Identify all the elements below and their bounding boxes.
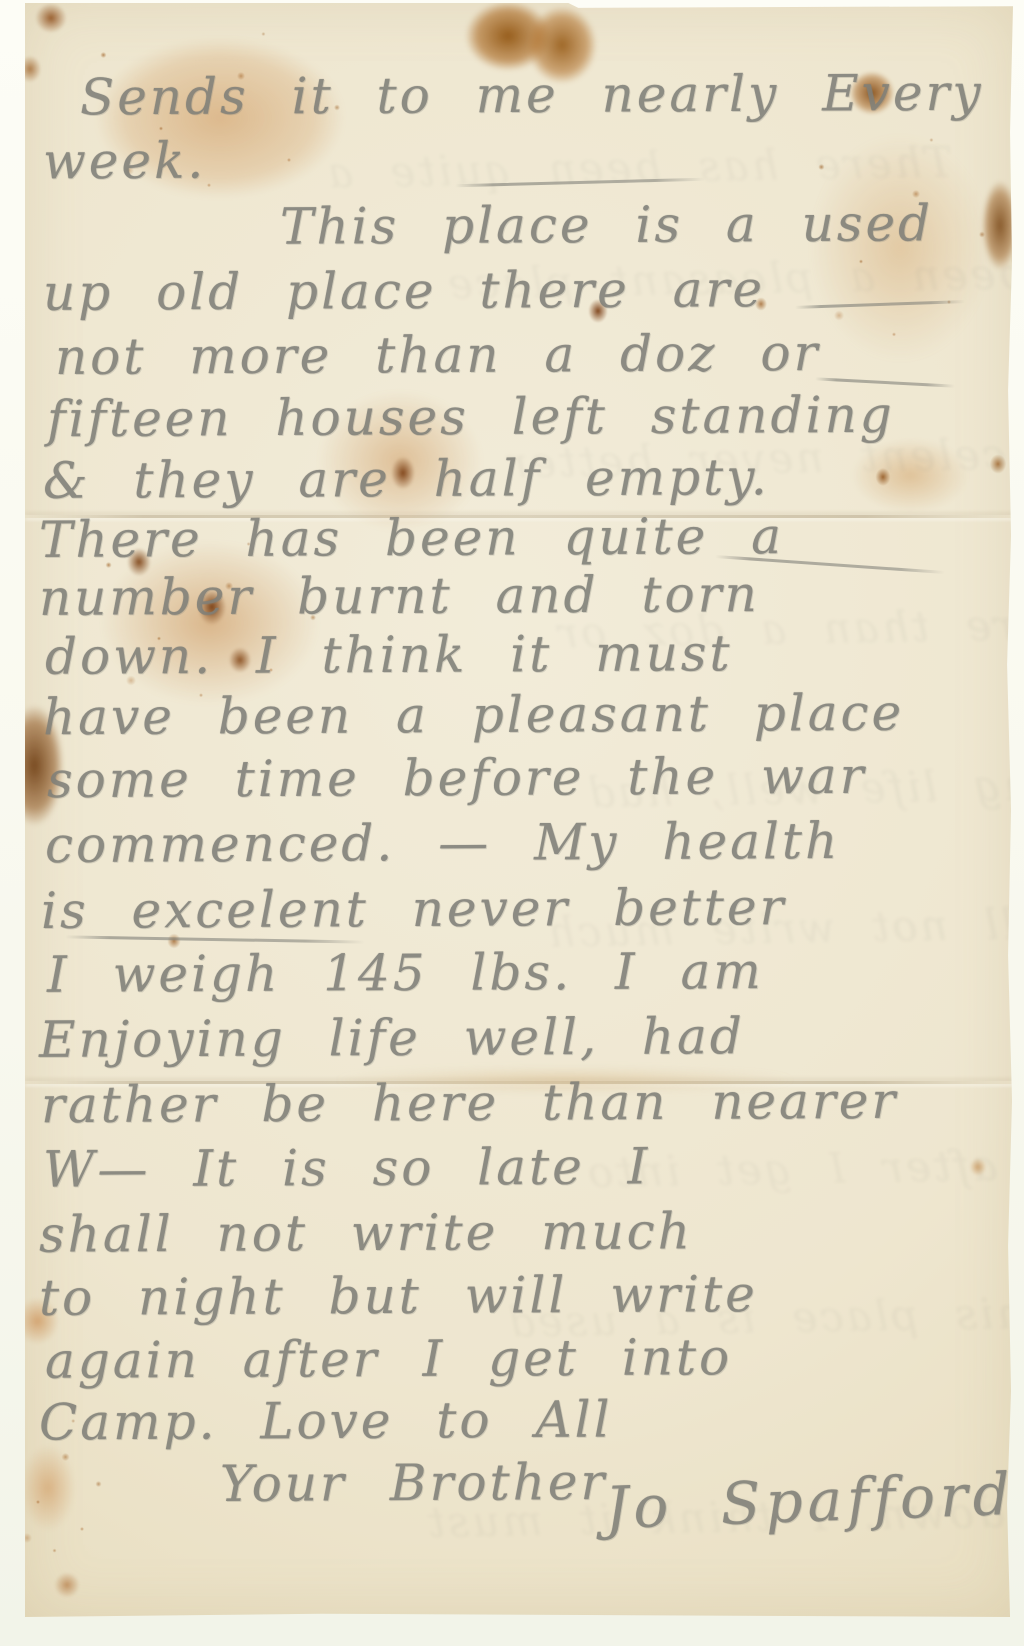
letter-signature: Jo Spafford bbox=[604, 1464, 1016, 1538]
letter-line-8: There has been quite a bbox=[39, 506, 784, 570]
letter-line-11: have been a pleasant place bbox=[43, 683, 904, 748]
letter-line-22: Camp. Love to All bbox=[39, 1389, 613, 1452]
letter-line-16: Enjoying life well, had bbox=[39, 1006, 745, 1070]
stain-left-edge-dot bbox=[15, 51, 45, 87]
letter-line-14: is excelent never better bbox=[41, 877, 787, 941]
letter-line-15: I weigh 145 lbs. I am bbox=[47, 941, 764, 1005]
letter-line-21: again after I get into bbox=[45, 1327, 732, 1391]
stain-right-low-dot bbox=[967, 1155, 989, 1179]
stain-right-mid-dot bbox=[873, 465, 893, 489]
letter-line-2: week. bbox=[43, 131, 206, 192]
stain-right-edge-mid-dot bbox=[987, 451, 1009, 477]
letter-line-13: commenced. — My health bbox=[45, 811, 841, 875]
letter-line-3: This place is a used bbox=[280, 193, 933, 256]
letter-line-9: number burnt and torn bbox=[39, 564, 760, 628]
stain-bottom-left-dot bbox=[50, 1568, 84, 1602]
letter-line-17: rather be here than nearer bbox=[41, 1071, 899, 1135]
bleed-through-text: There has been quite a bbox=[325, 138, 953, 198]
letter-line-6: fifteen houses left standing bbox=[47, 385, 895, 449]
letter-page: There has been quite a have been a pleas… bbox=[25, 3, 1013, 1617]
letter-line-18: W— It is so late I bbox=[43, 1136, 651, 1199]
scanned-letter: There has been quite a have been a pleas… bbox=[0, 0, 1024, 1646]
letter-line-19: shall not write much bbox=[39, 1201, 693, 1264]
letter-line-12: some time before the war bbox=[47, 746, 867, 810]
letter-line-4: up old place there are bbox=[43, 259, 765, 323]
letter-closing: Your Brother bbox=[220, 1452, 608, 1514]
letter-line-5: not more than a doz or bbox=[55, 323, 821, 387]
stain-right-edge-blob bbox=[977, 168, 1023, 283]
stain-top-left-dot bbox=[30, 0, 72, 38]
dash-after-there-are bbox=[795, 300, 965, 309]
bleed-through-text: again after I get into bbox=[585, 1138, 1024, 1197]
letter-line-7: & they are half empty. bbox=[43, 447, 770, 511]
underline-after-week bbox=[455, 178, 705, 188]
letter-line-1: Sends it to me nearly Every bbox=[80, 63, 984, 128]
letter-line-10: down. I think it must bbox=[45, 623, 733, 687]
letter-line-20: to night but will write bbox=[39, 1264, 758, 1328]
